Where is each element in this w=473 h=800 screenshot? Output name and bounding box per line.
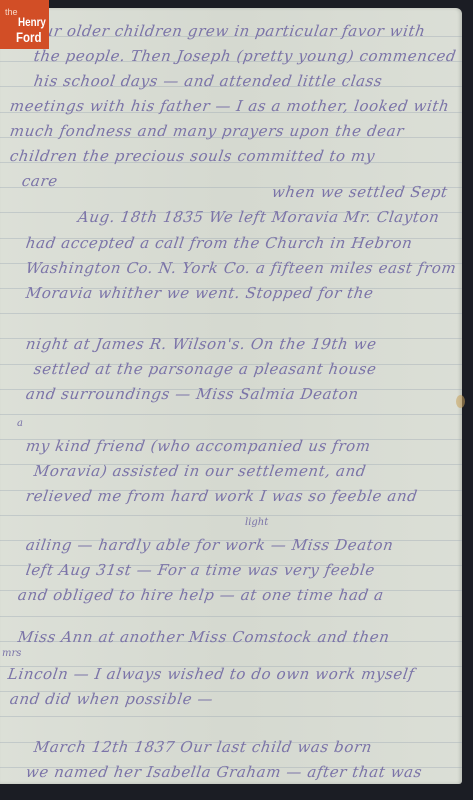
handwritten-insertion: light <box>245 517 268 528</box>
handwritten-line: when we settled Sept <box>271 183 449 201</box>
ruled-line <box>0 616 462 617</box>
logo-text-ford: Ford <box>16 30 42 44</box>
handwritten-line: our older children grew in particular fa… <box>33 22 427 40</box>
ruled-line <box>0 716 462 717</box>
handwritten-line: settled at the parsonage a pleasant hous… <box>33 360 378 378</box>
handwritten-line: Moravia whither we went. Stopped for the <box>25 284 375 302</box>
handwritten-line: March 12th 1837 Our last child was born <box>33 738 374 756</box>
document-viewer: the Henry Ford our older children grew i… <box>0 0 473 800</box>
handwritten-insertion: a <box>17 418 23 429</box>
handwritten-line: meetings with his father — I as a mother… <box>9 97 451 115</box>
handwritten-line: night at James R. Wilson's. On the 19th … <box>25 335 378 353</box>
handwritten-line: ailing — hardly able for work — Miss Dea… <box>25 536 395 554</box>
henry-ford-logo: the Henry Ford <box>0 0 49 49</box>
handwritten-line: Lincoln — I always wished to do own work… <box>7 665 416 683</box>
handwritten-line: relieved me from hard work I was so feeb… <box>25 487 419 505</box>
handwritten-line: had accepted a call from the Church in H… <box>25 234 414 252</box>
handwritten-line: the people. Then Joseph (pretty young) c… <box>33 47 458 65</box>
handwritten-line: Washington Co. N. York Co. a fifteen mil… <box>25 259 458 277</box>
handwritten-insertion: mrs <box>2 648 21 659</box>
manuscript-page: our older children grew in particular fa… <box>0 8 462 784</box>
handwritten-line: much fondness and many prayers upon the … <box>9 122 406 140</box>
handwritten-line: care <box>21 172 59 190</box>
handwritten-line: and obliged to hire help — at one time h… <box>17 586 385 604</box>
handwritten-line: children the precious souls committed to… <box>9 147 377 165</box>
handwritten-line: and surroundings — Miss Salmia Deaton <box>25 385 360 403</box>
logo-text-the: the <box>5 8 18 17</box>
handwritten-line: Moravia) assisted in our settlement, and <box>33 462 368 480</box>
handwritten-line: Aug. 18th 1835 We left Moravia Mr. Clayt… <box>77 208 441 226</box>
paper-stain <box>456 395 465 408</box>
handwritten-line: left Aug 31st — For a time was very feeb… <box>25 561 377 579</box>
logo-text-henry: Henry <box>18 16 46 28</box>
handwritten-line: Miss Ann at another Miss Comstock and th… <box>17 628 391 646</box>
handwritten-line: and did when possible — <box>9 690 215 708</box>
handwritten-line: we named her Isabella Graham — after tha… <box>25 763 424 781</box>
ruled-line <box>0 414 462 415</box>
ruled-line <box>0 515 462 516</box>
handwritten-line: my kind friend (who accompanied us from <box>25 437 372 455</box>
handwritten-line: his school days — and attended little cl… <box>33 72 384 90</box>
ruled-line <box>0 313 462 314</box>
